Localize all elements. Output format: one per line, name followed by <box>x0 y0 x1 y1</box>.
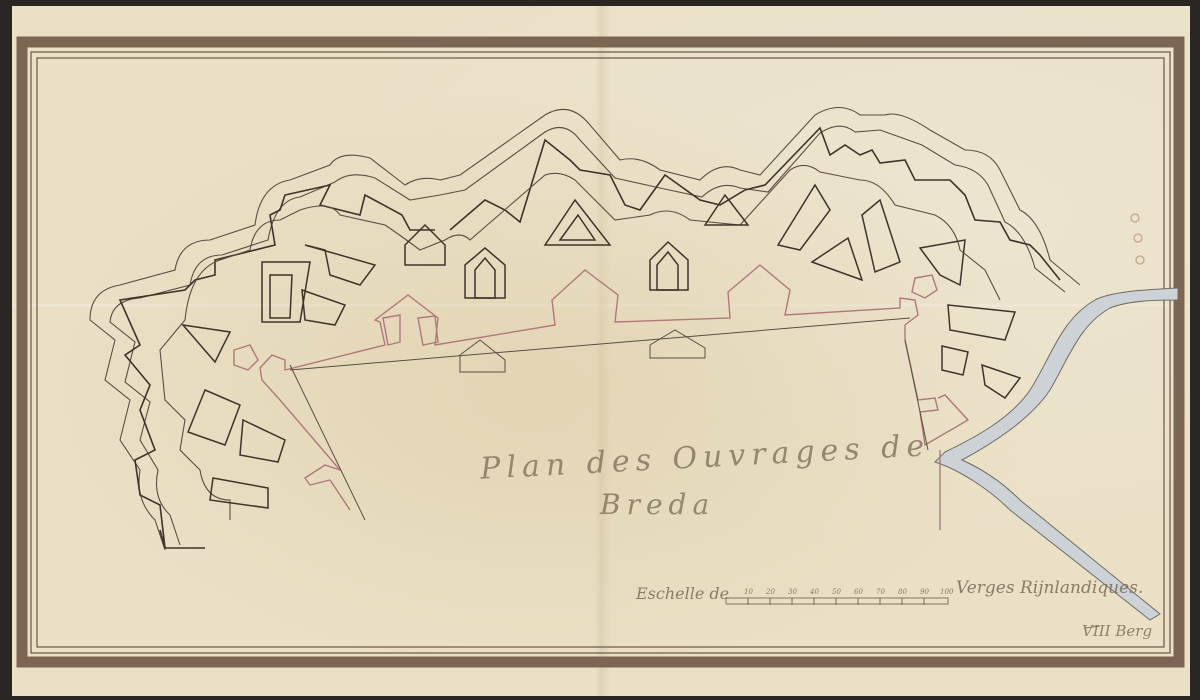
river <box>935 288 1178 620</box>
scale-tick: 80 <box>898 588 907 596</box>
scale-tick: 20 <box>766 588 775 596</box>
ink-stains <box>1131 214 1144 264</box>
scale-tick: 50 <box>832 588 841 596</box>
scale-tick: 60 <box>854 588 863 596</box>
bastion-line <box>120 128 1060 548</box>
scale-tick: 70 <box>876 588 885 596</box>
scale-tick: 100 <box>940 588 953 596</box>
outer-glacis <box>90 108 1080 551</box>
decorative-frame <box>22 42 1179 662</box>
scale-tick: 10 <box>744 588 753 596</box>
map-title-line-2: Breda <box>600 488 715 521</box>
scale-bar <box>726 598 948 605</box>
scale-unit: Verges Rijnlandiques. <box>956 578 1143 598</box>
scale-label: Eschelle de <box>636 584 729 603</box>
shelfmark: VIII Berg <box>1082 622 1152 640</box>
scale-tick: 30 <box>788 588 797 596</box>
scale-tick: 90 <box>920 588 929 596</box>
scale-tick: 40 <box>810 588 819 596</box>
